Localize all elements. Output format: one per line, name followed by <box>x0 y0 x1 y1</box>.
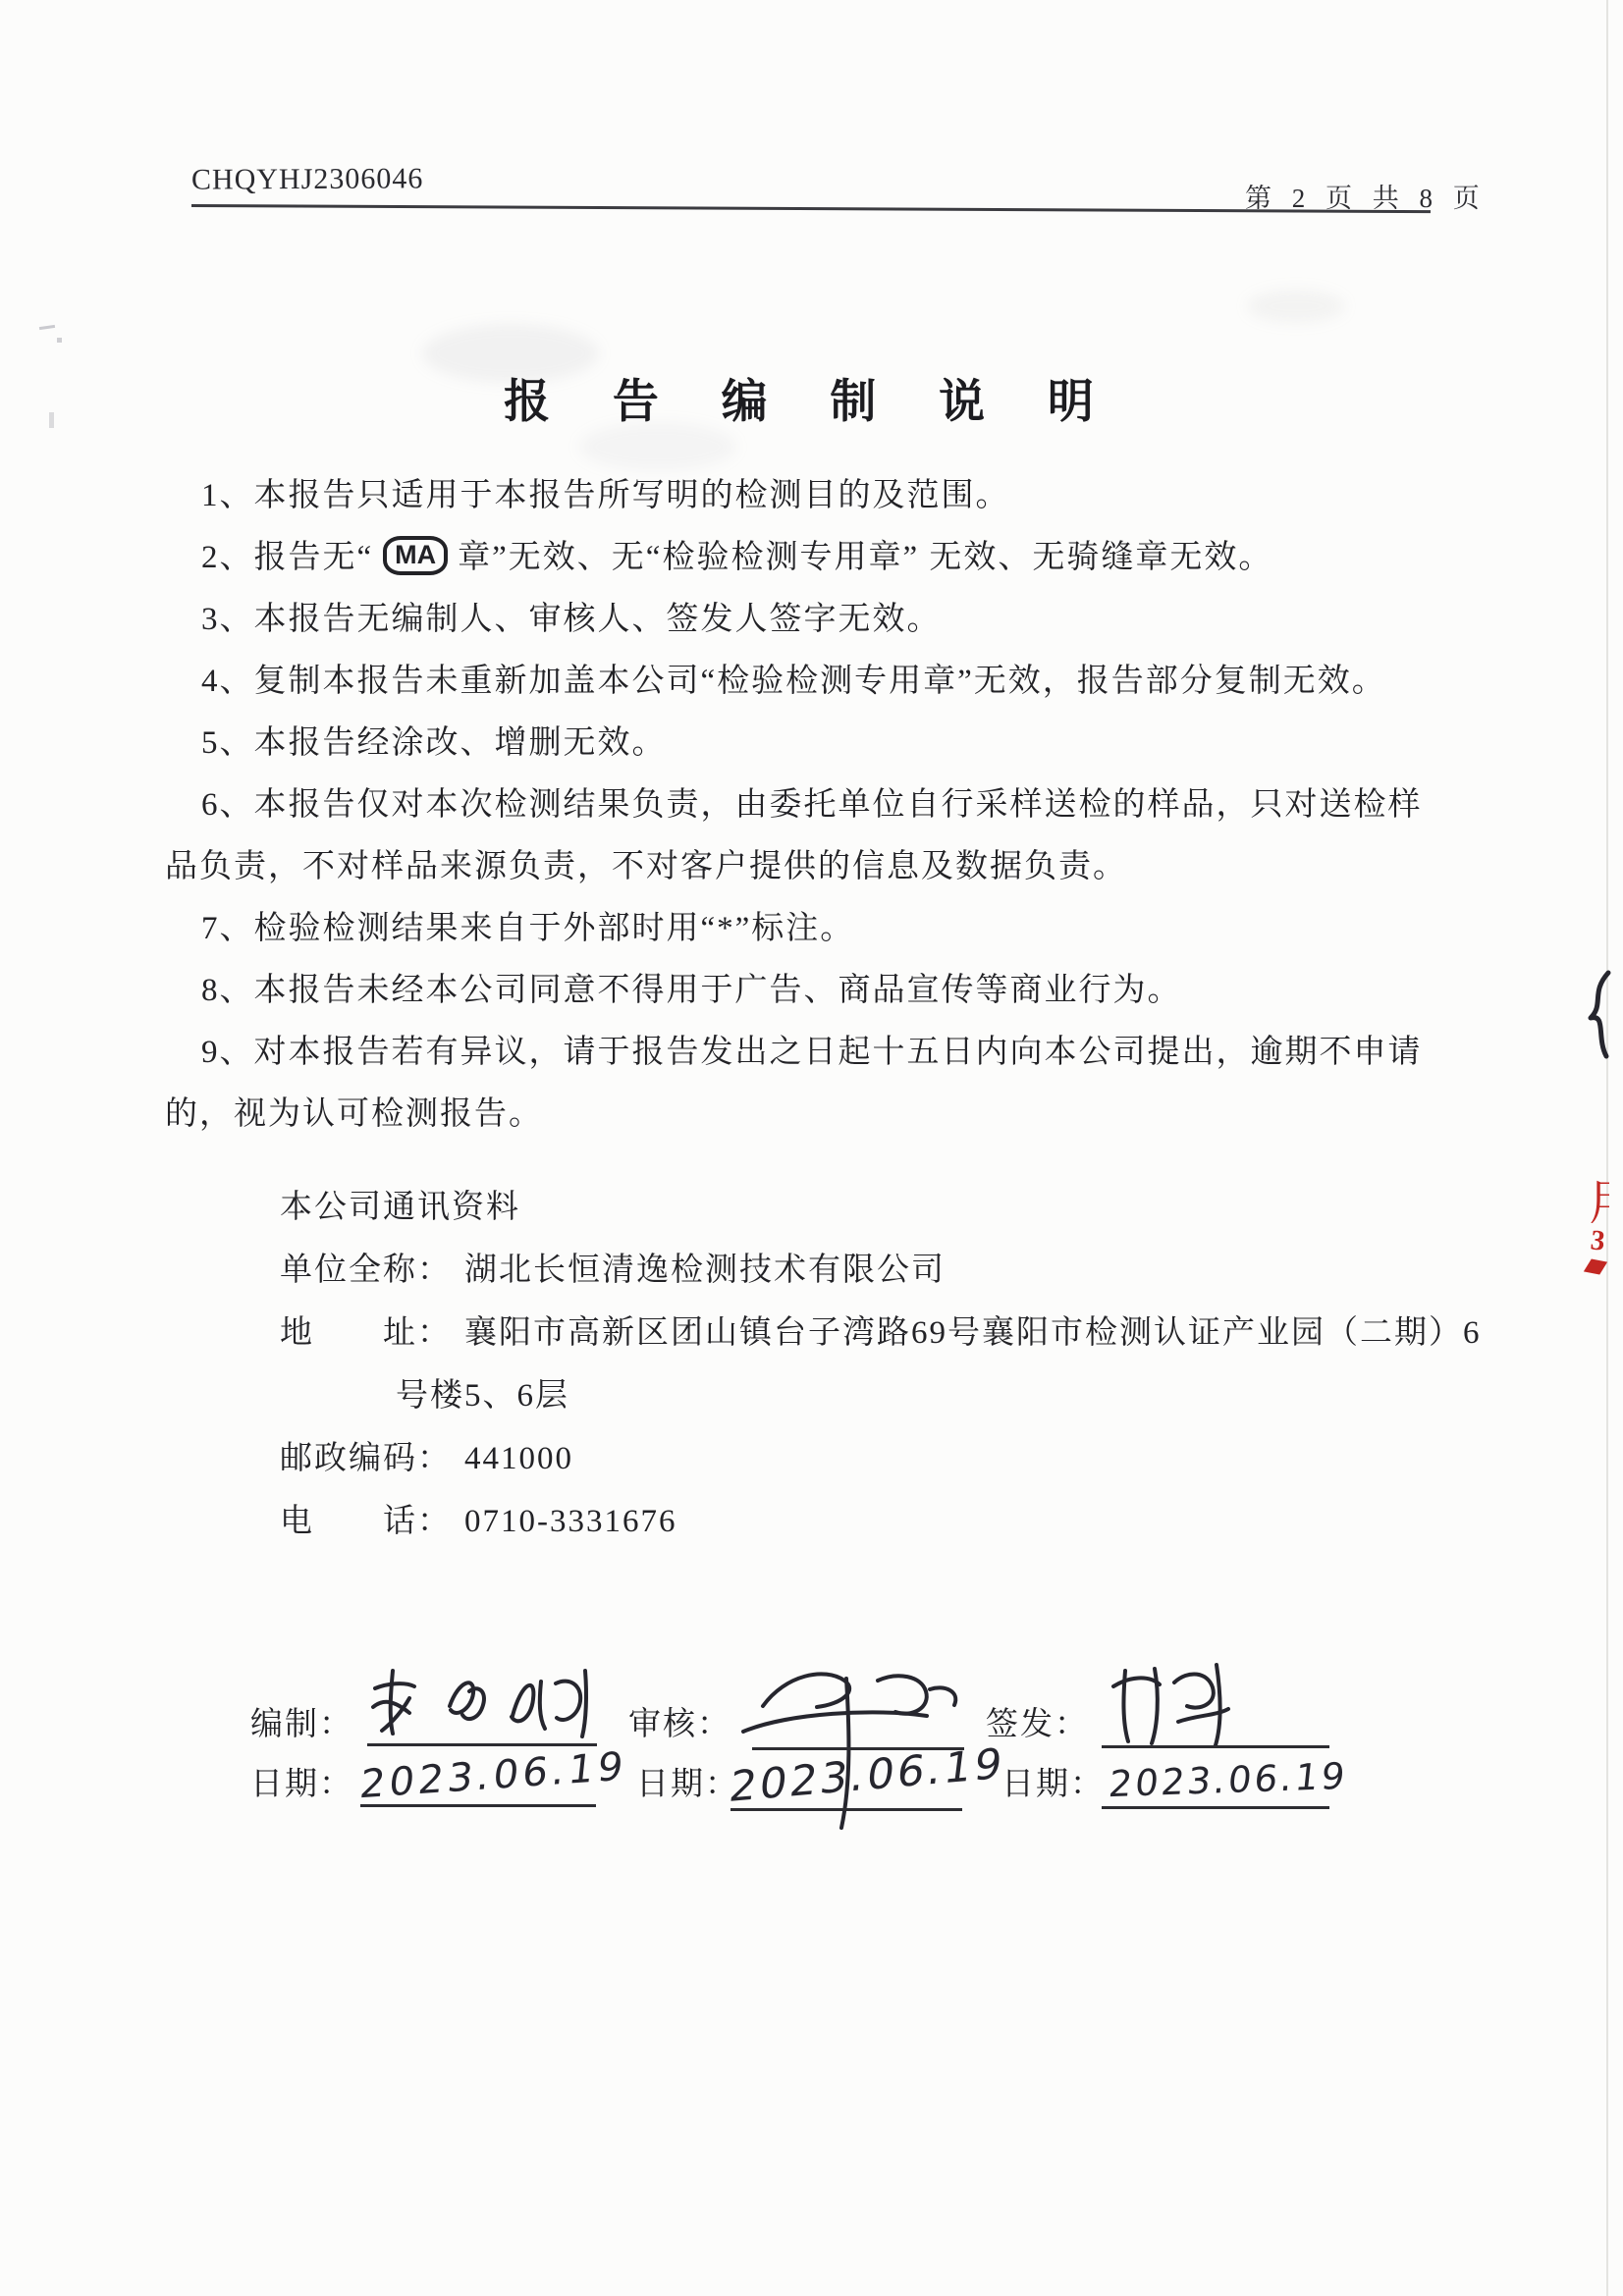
scan-speck <box>57 338 62 343</box>
issued-date-value: 2023.06.19 <box>1107 1755 1349 1805</box>
address-value-line-2: 号楼5、6层 <box>280 1364 1546 1427</box>
note-item-9-line-2: 的，视为认可检测报告。 <box>165 1084 1520 1146</box>
scanned-report-page: CHQYHJ2306046 第 2 页 共 8 页 报 告 编 制 说 明 1、… <box>0 0 1623 2296</box>
reviewed-date-label: 日期： <box>636 1767 739 1802</box>
issued-date-label: 日期： <box>1001 1767 1105 1802</box>
reviewed-by-label: 审核： <box>628 1707 731 1742</box>
prepared-date-line <box>360 1804 596 1807</box>
contact-address-row: 地 址：襄阳市高新区团山镇台子湾路69号襄阳市检测认证产业园（二期）6 <box>280 1302 1546 1364</box>
scan-smudge <box>1247 290 1345 323</box>
page-title: 报 告 编 制 说 明 <box>0 365 1623 431</box>
note-item-2-suffix: 章”无效、无“检验检测专用章” 无效、无骑缝章无效。 <box>458 540 1272 575</box>
contact-heading: 本公司通讯资料 <box>280 1176 1546 1239</box>
note-item-9-line-1: 9、对本报告若有异议，请于报告发出之日起十五日内向本公司提出，逾期不申请 <box>165 1022 1520 1084</box>
note-item-8: 8、本报告未经本公司同意不得用于广告、商品宣传等商业行为。 <box>165 960 1520 1022</box>
reviewed-date-line <box>730 1808 962 1811</box>
note-item-2: 2、报告无“MA章”无效、无“检验检测专用章” 无效、无骑缝章无效。 <box>165 527 1520 589</box>
prepared-by-signature-line <box>367 1743 597 1746</box>
contact-phone-row: 电 话：0710-3331676 <box>280 1490 1546 1553</box>
contact-company-row: 单位全称：湖北长恒清逸检测技术有限公司 <box>280 1239 1546 1302</box>
red-seal-small-mark: 3 <box>1589 1224 1606 1257</box>
issued-by-signature-line <box>1102 1745 1329 1748</box>
contact-section: 本公司通讯资料 单位全称：湖北长恒清逸检测技术有限公司 地 址：襄阳市高新区团山… <box>280 1176 1546 1553</box>
prepared-by-label: 编制： <box>250 1707 353 1742</box>
note-item-1: 1、本报告只适用于本报告所写明的检测目的及范围。 <box>165 465 1520 527</box>
prepared-by-signature <box>363 1661 599 1747</box>
prepared-date-label: 日期： <box>250 1767 353 1802</box>
note-item-7: 7、检验检测结果来自于外部时用“*”标注。 <box>165 898 1520 960</box>
postal-code-label: 邮政编码： <box>280 1427 457 1490</box>
red-seal-partial-char-clip: 用 <box>1589 1164 1609 1223</box>
prepared-date-value: 2023.06.19 <box>357 1744 629 1808</box>
note-item-2-prefix: 2、报告无“ <box>201 540 373 575</box>
address-value-line-1: 襄阳市高新区团山镇台子湾路69号襄阳市检测认证产业园（二期）6 <box>464 1315 1482 1351</box>
issued-date-line <box>1102 1806 1329 1809</box>
red-seal-blob-icon <box>1584 1259 1607 1275</box>
note-item-6-line-1: 6、本报告仅对本次检测结果负责，由委托单位自行采样送检的样品，只对送检样 <box>165 774 1520 836</box>
note-item-3: 3、本报告无编制人、审核人、签发人签字无效。 <box>165 589 1520 651</box>
phone-label: 电 话： <box>280 1490 457 1553</box>
phone-value: 0710-3331676 <box>464 1504 677 1539</box>
report-code: CHQYHJ2306046 <box>191 162 424 196</box>
red-seal-partial-char: 用 <box>1589 1164 1609 1223</box>
notes-list: 1、本报告只适用于本报告所写明的检测目的及范围。 2、报告无“MA章”无效、无“… <box>165 465 1520 1146</box>
company-name-value: 湖北长恒清逸检测技术有限公司 <box>464 1253 946 1288</box>
red-seal-fragment-icon <box>1583 968 1612 1061</box>
address-label: 地 址： <box>280 1302 457 1364</box>
company-name-label: 单位全称： <box>280 1239 457 1302</box>
note-item-6-line-2: 品负责，不对样品来源负责，不对客户提供的信息及数据负责。 <box>165 836 1520 898</box>
scan-speck <box>39 325 55 330</box>
note-item-4: 4、复制本报告未重新加盖本公司“检验检测专用章”无效，报告部分复制无效。 <box>165 651 1520 713</box>
issued-by-signature <box>1100 1657 1242 1750</box>
issued-by-label: 签发： <box>986 1707 1089 1742</box>
note-item-5: 5、本报告经涂改、增删无效。 <box>165 713 1520 774</box>
contact-postal-row: 邮政编码：441000 <box>280 1427 1546 1490</box>
postal-code-value: 441000 <box>464 1441 573 1476</box>
paper-edge-line <box>1606 0 1608 2296</box>
cma-mark-icon: MA <box>383 536 448 575</box>
